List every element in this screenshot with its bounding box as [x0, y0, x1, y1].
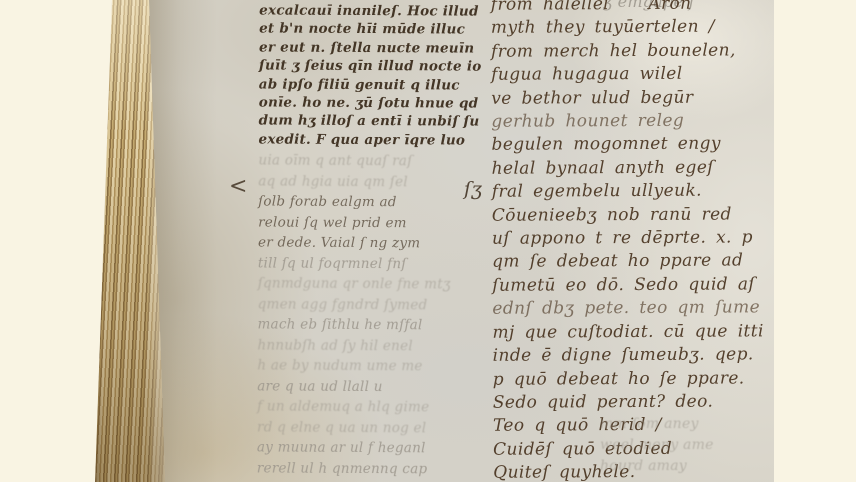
- manuscript-line: hnnubſh ad ſy hil enel: [257, 335, 469, 357]
- manuscript-line: helal bynaal anyth egeſ: [492, 156, 774, 181]
- manuscript-line: inde ē digne ſumeubʒ. qep.: [493, 343, 774, 368]
- manuscript-line: er eut n. ſtella nucte meuīn: [259, 38, 471, 58]
- right-text-column: from halellel Aronmyth they tuyūertelen …: [491, 0, 774, 482]
- manuscript-line: ſumetū eo dō. Sedo quid aſ: [492, 273, 774, 298]
- manuscript-line: uia oīm q ant quaſ raſ: [258, 151, 470, 173]
- manuscript-line: rd q elne q ua un nog el: [257, 417, 469, 439]
- manuscript-line: fugua hugagua wilel: [491, 62, 773, 87]
- manuscript-line: mm ſom aney: [600, 414, 774, 435]
- manuscript-line: hourd amay: [600, 456, 774, 477]
- manuscript-line: fral egembelu ullyeuk.: [492, 180, 774, 205]
- manuscript-line: are q ua ud llall u: [257, 376, 469, 398]
- manuscript-line: f un aldemuq a hlq gime: [257, 397, 469, 419]
- manuscript-line: er dede. Vaial ſ ng zym: [258, 233, 470, 255]
- margin-mark: <: [229, 174, 248, 199]
- manuscript-line: ſolb forab ealgm ad: [258, 192, 470, 214]
- manuscript-line: qmen agg fgndrd ſymed: [258, 294, 470, 316]
- ghost-text: mm ſom aneyweel mony amehourd amay: [600, 414, 774, 477]
- manuscript-line: ednſ dbʒ pete. teo qm ſume: [492, 297, 774, 322]
- left-text-column: excalcauī inanileſ. Hoc illudet b'n noct…: [257, 1, 471, 479]
- manuscript-line: mach eb ſithlu he mſfal: [258, 315, 470, 337]
- manuscript-line: reloui ſq wel prid em: [258, 212, 470, 234]
- manuscript-line: ſqnmdguna qr onle fne mtʒ: [258, 274, 470, 296]
- manuscript-line: gerhub hounet releg: [491, 109, 773, 134]
- manuscript-line: weel mony ame: [600, 435, 774, 456]
- manuscript-line: mj que cuſtodiat. cū que itti: [492, 320, 774, 345]
- manuscript-line: ay muuna ar ul f heganl: [257, 438, 469, 460]
- manuscript-line: ſuīt ʒ ſeius qīn illud nocte io: [259, 57, 471, 77]
- manuscript-photo: excalcauī inanileſ. Hoc illudet b'n noct…: [95, 0, 774, 482]
- manuscript-line: h ae by nudum ume me: [257, 356, 469, 378]
- left-column-block2: uia oīm q ant quaſ raſaq ad hgia uia qm …: [257, 151, 471, 480]
- manuscript-line: et b'n nocte hīi mūde illuc: [259, 20, 471, 40]
- manuscript-line: ab ipſo filiū genuit q illuc: [259, 75, 471, 95]
- paragraph-mark: ſʒ: [464, 178, 482, 200]
- manuscript-line: exedit. F qua aper īqre luo: [258, 130, 470, 150]
- manuscript-line: till ſq ul foqrmnel fnſ: [258, 253, 470, 275]
- manuscript-line: aq ad hgia uia qm ſel: [258, 171, 470, 193]
- manuscript-line: excalcauī inanileſ. Hoc illud: [259, 1, 471, 21]
- manuscript-line: begulen mogomnet engy: [491, 133, 773, 158]
- manuscript-line: qm ſe debeat ho ppare ad: [492, 250, 774, 275]
- manuscript-line: onīe. ho ne. ʒū ſotu hnue qd: [259, 93, 471, 113]
- manuscript-line: Cōuenieebʒ nob ranū red: [492, 203, 774, 228]
- manuscript-line: uſ appono t re dēprte. x. p: [492, 226, 774, 251]
- left-column-block1: excalcauī inanileſ. Hoc illudet b'n noct…: [258, 1, 471, 149]
- manuscript-line: p quō debeat ho ſe ppare.: [493, 367, 774, 392]
- manuscript-line: from merch hel bounelen,: [491, 39, 773, 64]
- manuscript-line: rerell ul h qnmennq cap: [257, 458, 469, 480]
- manuscript-line: Sedo quid perant? deo.: [493, 390, 774, 415]
- manuscript-line: from halellel Aron: [491, 0, 773, 17]
- manuscript-line: ve bethor ulud begūr: [491, 86, 773, 111]
- manuscript-line: dum hʒ illoſ a entī i unbiſ ſu: [259, 112, 471, 132]
- manuscript-line: myth they tuyūertelen /: [491, 16, 773, 41]
